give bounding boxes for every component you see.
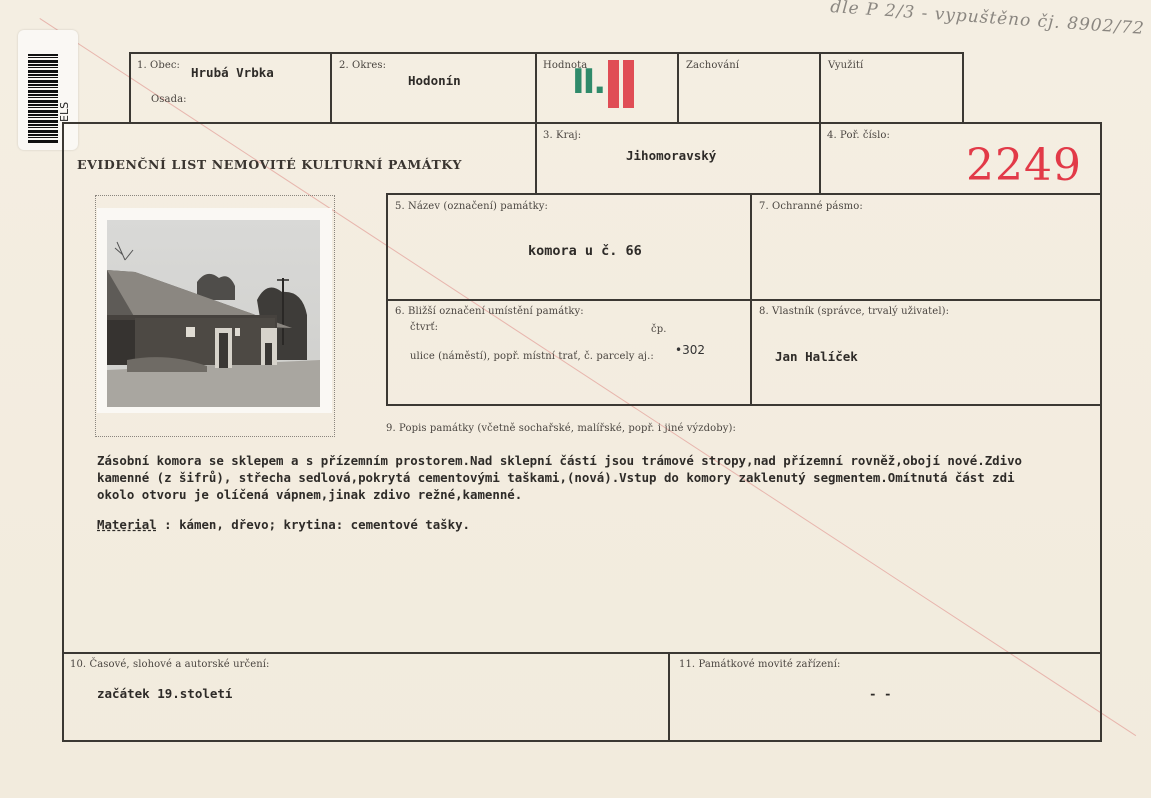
obec-label: 1. Obec: (137, 60, 180, 71)
vlastnik-value: Jan Halíček (775, 349, 858, 364)
popis-line: okolo otvoru je olíčená vápnem,jinak zdi… (97, 486, 1097, 503)
vyuziti-label: Využití (828, 60, 863, 71)
handwritten-note: dle P 2/3 - vypuštěno čj. 8902/72 (830, 0, 1146, 39)
kraj-value: Jihomoravský (626, 148, 716, 163)
main-left-line (62, 122, 64, 742)
porcislo-left-line (819, 122, 821, 195)
section11-left-line (668, 652, 670, 742)
movite-zarizeni-value: - - (869, 686, 892, 701)
casove-urceni-label: 10. Časové, slohové a autorské určení: (70, 659, 270, 670)
building-photo-icon (107, 220, 320, 407)
zachovani-label: Zachování (686, 60, 739, 71)
main-top-line (62, 122, 1102, 124)
ochranne-pasmo-label: 7. Ochranné pásmo: (759, 201, 863, 212)
monument-photo (107, 220, 320, 407)
porcislo-label: 4. Poř. číslo: (827, 130, 890, 141)
main-right-line (1100, 122, 1102, 742)
umisteni-label: 6. Bližší označení umístění památky: (395, 306, 584, 317)
document-title: EVIDENČNÍ LIST NEMOVITÉ KULTURNÍ PAMÁTKY (77, 157, 462, 172)
barcode-label: ELS (58, 102, 71, 122)
material-label: Material (97, 517, 157, 532)
material-value: kámen, dřevo; krytina: cementové tašky. (179, 517, 470, 532)
main-bottom-line (62, 740, 1102, 742)
popis-label: 9. Popis památky (včetně sochařské, malí… (386, 423, 736, 434)
osada-label: Osada: (151, 94, 187, 105)
popis-line: kamenné (z šifrů), střecha sedlová,pokry… (97, 469, 1097, 486)
ochranne-bottom-line (750, 299, 1102, 301)
obec-value: Hrubá Vrbka (191, 65, 274, 80)
barcode-icon (28, 54, 58, 144)
parcela-value: •302 (675, 343, 705, 357)
document-page: dle P 2/3 - vypuštěno čj. 8902/72 ELS 1.… (0, 0, 1151, 798)
vlastnik-label: 8. Vlastník (správce, trvalý uživatel): (759, 306, 949, 317)
kraj-label: 3. Kraj: (543, 130, 581, 141)
popis-line: Zásobní komora se sklepem a s přízemním … (97, 452, 1097, 469)
ctvrt-label: čtvrť: (410, 322, 438, 333)
vlastnik-bottom-line (750, 404, 1102, 406)
hodnota-green-stamp: II. (572, 62, 604, 102)
okres-label: 2. Okres: (339, 60, 386, 71)
cp-label: čp. (651, 324, 666, 335)
popis-text: Zásobní komora se sklepem a s přízemním … (97, 452, 1097, 503)
material-line: Material : kámen, dřevo; krytina: cement… (97, 517, 470, 532)
section10-top-line (62, 652, 1102, 654)
material-separator: : (157, 517, 179, 532)
hodnota-red-stamp (608, 60, 636, 108)
barcode-sticker: ELS (18, 30, 78, 150)
nazev-label: 5. Název (označení) památky: (395, 201, 548, 212)
okres-value: Hodonín (408, 73, 461, 88)
kraj-left-line (535, 122, 537, 195)
serial-number: 2249 (966, 140, 1082, 191)
casove-urceni-value: začátek 19.století (97, 686, 232, 701)
nazev-value: komora u č. 66 (528, 243, 642, 259)
movite-zarizeni-label: 11. Památkové movité zařízení: (679, 659, 840, 670)
ulice-label: ulice (náměstí), popř. místní trať, č. p… (410, 351, 654, 362)
